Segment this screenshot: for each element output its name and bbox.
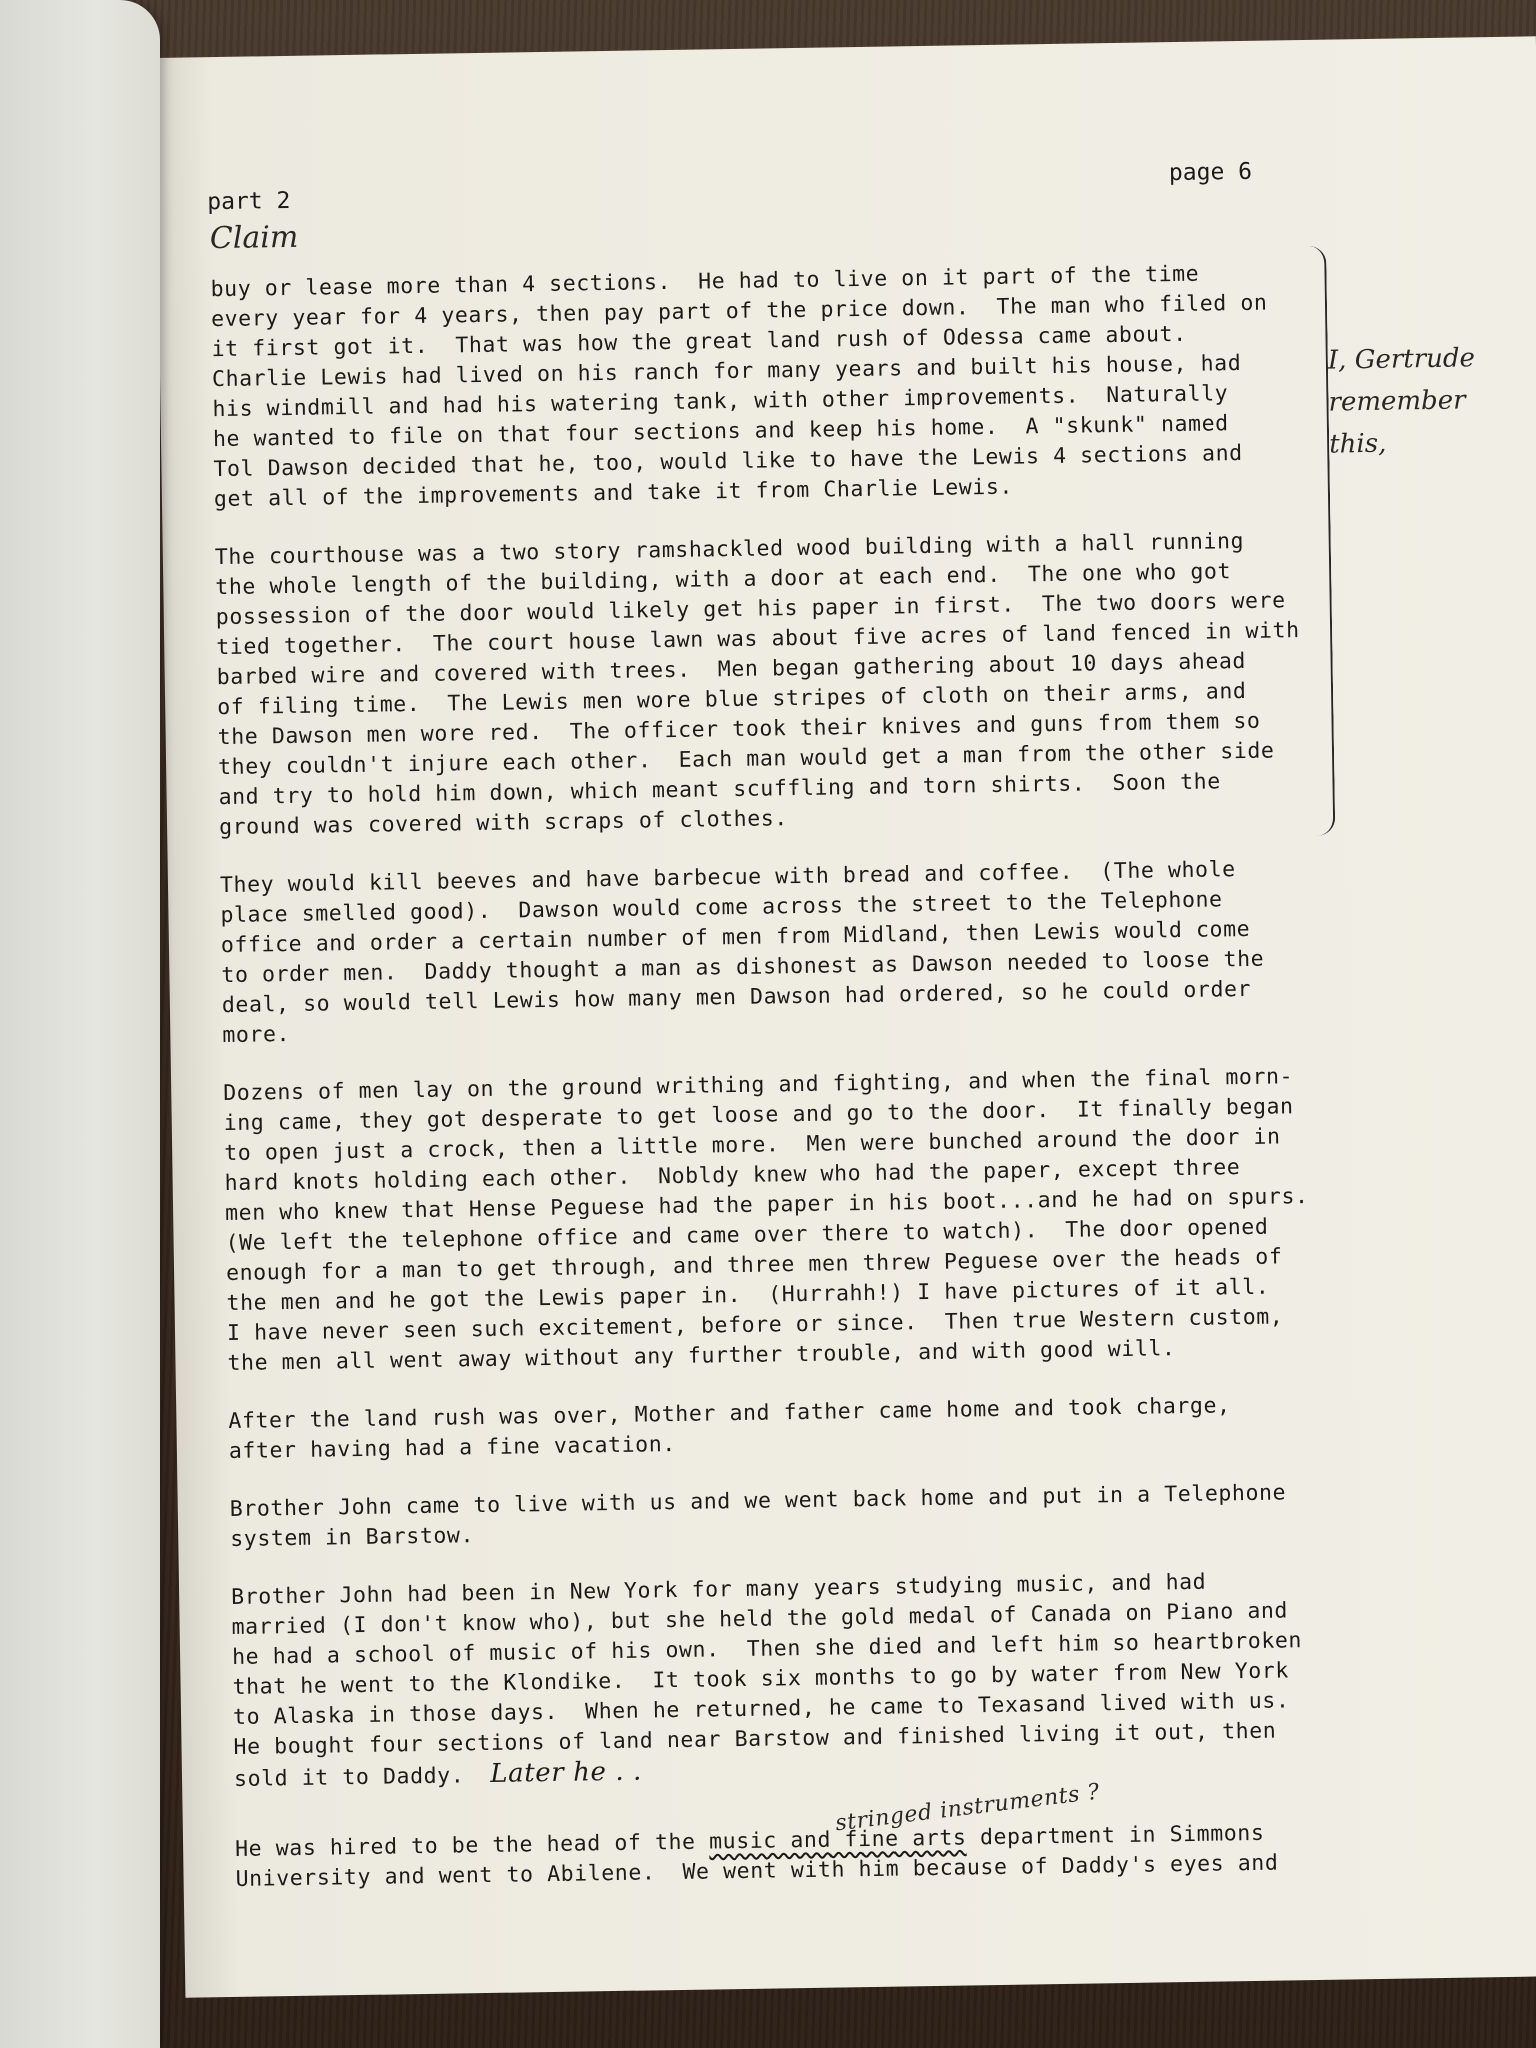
paragraph: They would kill beeves and have barbecue… [220, 852, 1413, 1051]
page-number: page 6 [1169, 159, 1252, 186]
handwritten-note: Later he . . [490, 1757, 642, 1789]
document-page: part 2 page 6 Claim I, Gertrude remember… [155, 36, 1536, 1997]
paragraph: After the land rush was over, Mother and… [228, 1388, 1419, 1467]
paragraph: Dozens of men lay on the ground writhing… [223, 1060, 1418, 1379]
handwritten-title: Claim [210, 220, 299, 256]
paragraph: Brother John came to live with us and we… [230, 1476, 1421, 1555]
paragraph: buy or lease more than 4 sections. He ha… [210, 256, 1404, 515]
paragraph: Brother John had been in New York for ma… [231, 1564, 1424, 1795]
paragraph: The courthouse was a two story ramshackl… [215, 524, 1410, 843]
body-text: buy or lease more than 4 sections. He ha… [210, 256, 1426, 1922]
paragraph-final: stringed instruments ? He was hired to b… [235, 1816, 1426, 1895]
part-label: part 2 [207, 188, 290, 215]
facing-page [0, 0, 160, 2048]
text-line: sold it to Daddy. [234, 1763, 465, 1792]
